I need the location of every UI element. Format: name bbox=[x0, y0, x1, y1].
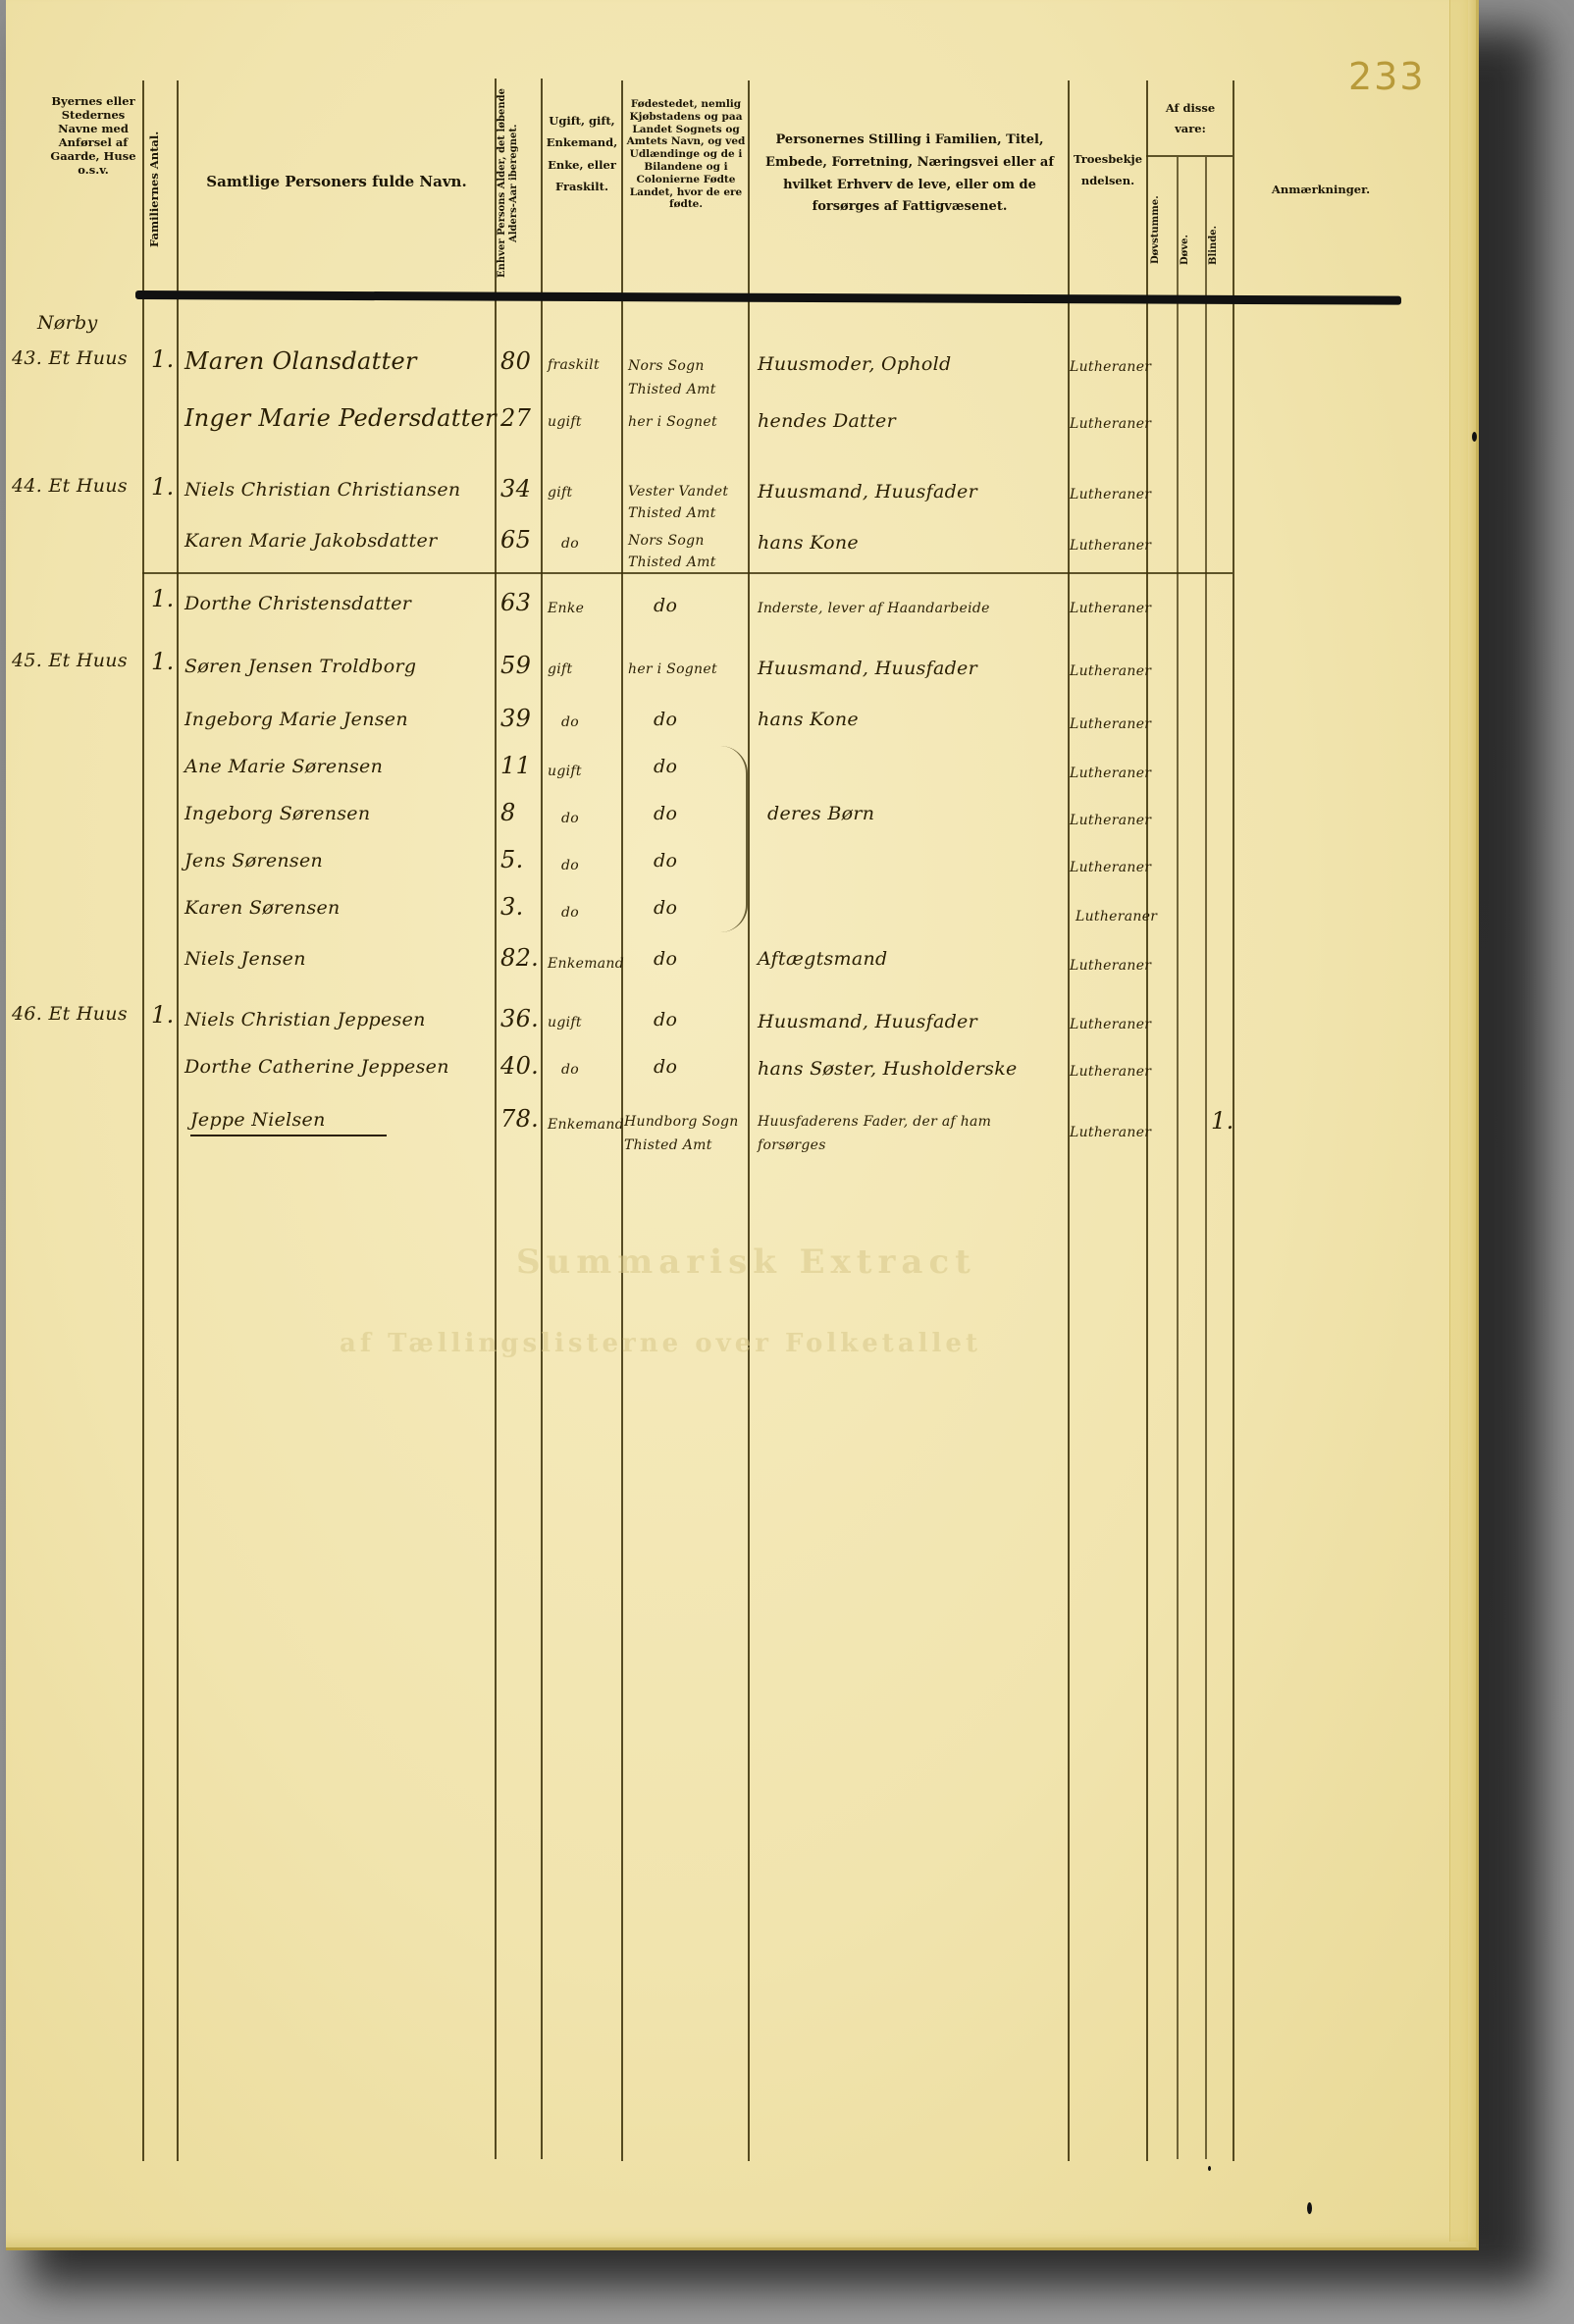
person-name: Niels Christian Jeppesen bbox=[184, 1009, 426, 1030]
page-edge bbox=[1449, 0, 1468, 2242]
person-birthplace: do bbox=[654, 948, 677, 970]
household-44-families: 1. bbox=[151, 473, 175, 501]
person-birthplace: do bbox=[654, 1009, 677, 1030]
person-age: 40. bbox=[500, 1052, 539, 1080]
household-lodger-families: 1. bbox=[151, 585, 175, 612]
person-birthplace: Nors Sogn Thisted Amt bbox=[628, 355, 746, 402]
person-age: 59 bbox=[500, 652, 531, 679]
header-position: Personernes Stilling i Familien, Titel, … bbox=[754, 130, 1066, 219]
header-marital: Ugift, gift, Enkemand, Enke, eller Frask… bbox=[546, 110, 618, 198]
children-brace bbox=[720, 746, 748, 932]
header-rule bbox=[135, 290, 1401, 305]
person-birthplace: Hundborg Sogn Thisted Amt bbox=[624, 1111, 748, 1158]
person-religion: Lutheraner bbox=[1076, 909, 1157, 924]
household-43-place: 43. Et Huus bbox=[12, 347, 128, 369]
person-name: Ane Marie Sørensen bbox=[184, 756, 383, 777]
person-birthplace: do bbox=[654, 897, 677, 919]
person-religion: Lutheraner bbox=[1070, 813, 1151, 828]
person-religion: Lutheraner bbox=[1070, 663, 1151, 679]
person-name: Niels Jensen bbox=[184, 948, 306, 970]
person-name: Ingeborg Sørensen bbox=[184, 803, 370, 824]
person-name: Dorthe Catherine Jeppesen bbox=[184, 1056, 449, 1078]
person-age: 5. bbox=[500, 846, 524, 873]
person-marital: gift bbox=[548, 485, 572, 501]
person-marital: ugift bbox=[548, 414, 582, 430]
header-families: Familiernes Antal. bbox=[147, 106, 175, 273]
person-name: Dorthe Christensdatter bbox=[184, 593, 411, 614]
col-rule-position bbox=[1068, 80, 1070, 2161]
page-number: 233 bbox=[1348, 55, 1426, 98]
header-name: Samtlige Personers fulde Navn. bbox=[181, 173, 493, 190]
person-position: Huusmand, Huusfader bbox=[758, 481, 977, 502]
header-birthplace: Fødestedet, nemlig Kjøbstadens og paa La… bbox=[626, 98, 746, 211]
ink-speck bbox=[1307, 2202, 1312, 2214]
person-birthplace: her i Sognet bbox=[628, 414, 717, 430]
person-marital: ugift bbox=[548, 764, 582, 779]
person-birthplace: do bbox=[654, 850, 677, 871]
person-religion: Lutheraner bbox=[1070, 487, 1151, 502]
header-deaf: Døve. bbox=[1180, 224, 1203, 277]
person-position: deres Børn bbox=[767, 803, 874, 824]
person-age: 8 bbox=[500, 799, 516, 826]
household-46-families: 1. bbox=[151, 1001, 175, 1029]
village-name: Nørby bbox=[37, 312, 98, 334]
person-position: Huusmand, Huusfader bbox=[758, 1011, 977, 1032]
person-age: 78. bbox=[500, 1105, 539, 1133]
col-rule-place bbox=[142, 80, 144, 2161]
person-marital: gift bbox=[548, 661, 572, 677]
person-religion: Lutheraner bbox=[1070, 601, 1151, 616]
header-religion: Troesbekjendelsen. bbox=[1072, 149, 1144, 192]
name-underline bbox=[190, 1135, 387, 1136]
person-position: hans Søster, Husholderske bbox=[758, 1058, 1018, 1080]
person-marital: do bbox=[561, 858, 579, 873]
person-age: 39 bbox=[500, 705, 531, 732]
person-marital: do bbox=[561, 714, 579, 730]
header-age: Enhver Persons Alder, det løbende Alders… bbox=[497, 82, 538, 285]
person-name: Karen Marie Jakobsdatter bbox=[184, 530, 437, 552]
person-age: 65 bbox=[500, 526, 531, 554]
person-religion: Lutheraner bbox=[1070, 416, 1151, 432]
person-age: 11 bbox=[500, 752, 531, 779]
person-name: Ingeborg Marie Jensen bbox=[184, 709, 408, 730]
census-page: 233 Byernes eller Stedernes Navne med An… bbox=[6, 0, 1479, 2250]
col-rule-religion bbox=[1146, 80, 1148, 2161]
person-marital: do bbox=[561, 905, 579, 921]
person-religion: Lutheraner bbox=[1070, 766, 1151, 781]
person-birthplace: do bbox=[654, 756, 677, 777]
person-religion: Lutheraner bbox=[1070, 958, 1151, 974]
person-name: Niels Christian Christiansen bbox=[184, 479, 460, 501]
person-religion: Lutheraner bbox=[1070, 716, 1151, 732]
person-birthplace: do bbox=[654, 803, 677, 824]
household-45-families: 1. bbox=[151, 648, 175, 675]
person-position: Huusmoder, Ophold bbox=[758, 353, 951, 375]
household-44-place: 44. Et Huus bbox=[12, 475, 128, 497]
person-age: 80 bbox=[500, 347, 531, 375]
person-blind: 1. bbox=[1211, 1107, 1234, 1135]
col-rule-deaf bbox=[1205, 157, 1207, 2159]
person-position: hendes Datter bbox=[758, 410, 896, 432]
person-age: 36. bbox=[500, 1005, 539, 1032]
person-age: 3. bbox=[500, 893, 524, 921]
person-marital: Enke bbox=[548, 601, 584, 616]
person-birthplace: Nors Sogn Thisted Amt bbox=[628, 530, 746, 574]
person-marital: do bbox=[561, 1062, 579, 1078]
header-blind: Blinde. bbox=[1208, 214, 1232, 277]
ink-speck bbox=[1472, 432, 1477, 442]
person-religion: Lutheraner bbox=[1070, 1064, 1151, 1080]
household-46-place: 46. Et Huus bbox=[12, 1003, 128, 1025]
person-marital: Enkemand bbox=[548, 1117, 624, 1133]
header-of-these: Af disse vare: bbox=[1148, 98, 1233, 138]
person-birthplace: do bbox=[654, 709, 677, 730]
person-religion: Lutheraner bbox=[1070, 538, 1151, 554]
person-religion: Lutheraner bbox=[1070, 860, 1151, 875]
person-age: 63 bbox=[500, 589, 531, 616]
of-these-subrule bbox=[1146, 155, 1233, 157]
person-marital: Enkemand bbox=[548, 956, 624, 972]
person-position: Huusfaderens Fader, der af ham forsørges bbox=[758, 1111, 1062, 1158]
person-position: Inderste, lever af Haandarbeide bbox=[758, 597, 1052, 621]
person-name: Søren Jensen Troldborg bbox=[184, 656, 416, 677]
person-position: Aftægtsmand bbox=[758, 948, 888, 970]
person-marital: do bbox=[561, 536, 579, 552]
bleed-through-subtitle: af Tællingslisterne over Folketallet bbox=[340, 1329, 981, 1358]
col-rule-deafmute bbox=[1177, 157, 1179, 2159]
person-name: Jens Sørensen bbox=[184, 850, 323, 871]
person-name: Maren Olansdatter bbox=[184, 347, 417, 375]
person-position: hans Kone bbox=[758, 709, 859, 730]
col-rule-age bbox=[541, 79, 543, 2159]
col-rule-birthplace bbox=[748, 80, 750, 2161]
header-place: Byernes eller Stedernes Navne med Anførs… bbox=[45, 94, 141, 177]
person-birthplace: her i Sognet bbox=[628, 661, 717, 677]
person-name: Inger Marie Pedersdatter bbox=[184, 404, 497, 432]
person-religion: Lutheraner bbox=[1070, 1125, 1151, 1140]
person-age: 27 bbox=[500, 404, 531, 432]
bleed-through-title: Summarisk Extract bbox=[516, 1242, 976, 1282]
person-age: 34 bbox=[500, 475, 531, 502]
person-name: Jeppe Nielsen bbox=[190, 1109, 326, 1131]
person-birthplace: Vester Vandet Thisted Amt bbox=[628, 481, 746, 525]
col-rule-name bbox=[495, 79, 497, 2159]
person-marital: ugift bbox=[548, 1015, 582, 1030]
person-birthplace: do bbox=[654, 595, 677, 616]
ink-speck bbox=[1208, 2166, 1211, 2171]
person-marital: fraskilt bbox=[548, 357, 600, 373]
person-position: Huusmand, Huusfader bbox=[758, 658, 977, 679]
person-marital: do bbox=[561, 811, 579, 826]
person-birthplace: do bbox=[654, 1056, 677, 1078]
person-religion: Lutheraner bbox=[1070, 1017, 1151, 1032]
row-separator bbox=[142, 572, 1233, 574]
person-age: 82. bbox=[500, 944, 539, 972]
household-45-place: 45. Et Huus bbox=[12, 650, 128, 671]
person-name: Karen Sørensen bbox=[184, 897, 341, 919]
col-rule-families bbox=[177, 80, 179, 2161]
person-position: hans Kone bbox=[758, 532, 859, 554]
person-religion: Lutheraner bbox=[1070, 359, 1151, 375]
household-43-families: 1. bbox=[151, 345, 175, 373]
header-remarks: Anmærkninger. bbox=[1252, 183, 1390, 196]
header-deaf-mute: Døvstumme. bbox=[1150, 183, 1176, 277]
